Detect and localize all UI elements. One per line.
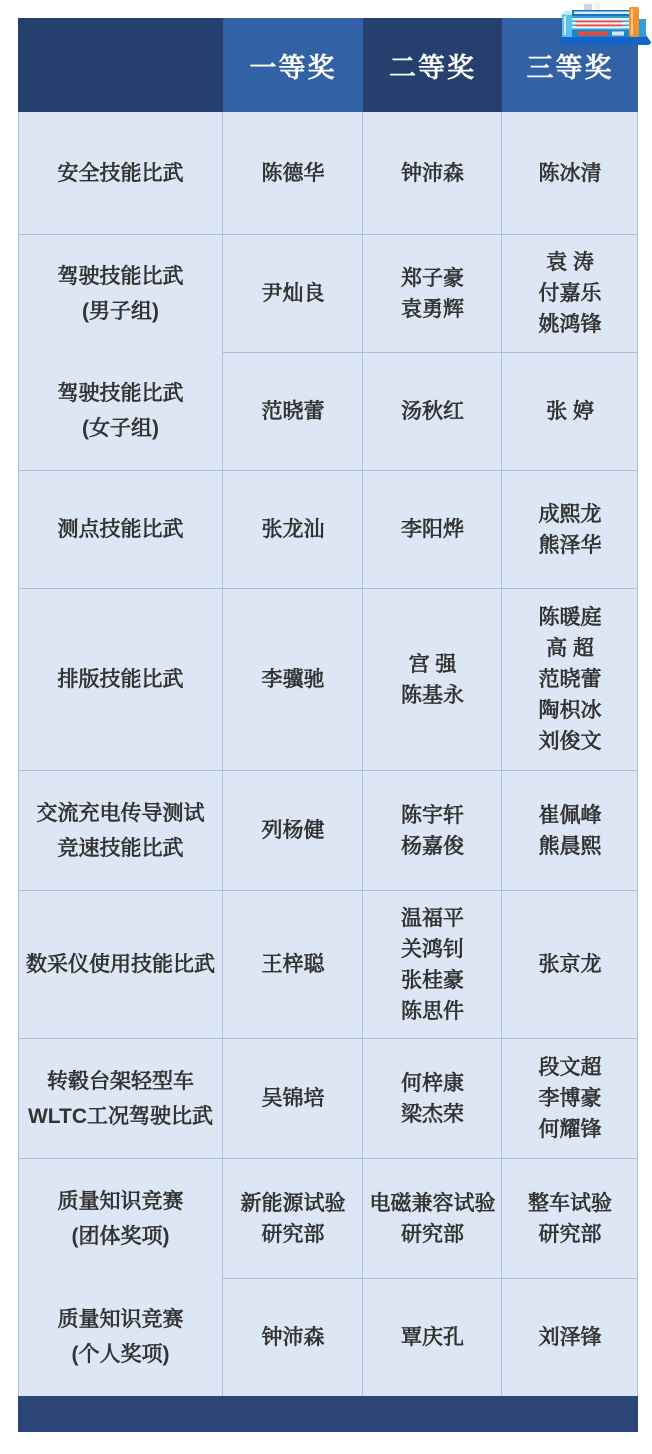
third-prize-cell: 整车试验研究部 [502,1158,638,1278]
table-row: 数采仪使用技能比武王梓聪温福平关鸿钊张桂豪陈思件张京龙 [18,890,638,1038]
name-line: 张桂豪 [401,965,464,996]
name-line: 研究部 [401,1219,464,1250]
name-line: 吴锦培 [262,1083,325,1114]
second-prize-cell: 电磁兼容试验研究部 [363,1158,502,1278]
table-body: 安全技能比武陈德华钟沛森陈冰清驾驶技能比武(男子组)尹灿良郑子豪袁勇辉袁 涛付嘉… [18,112,638,1396]
event-cell: 数采仪使用技能比武 [18,890,223,1038]
column-divider-line-3 [501,112,502,1396]
name-line: 杨嘉俊 [401,831,464,862]
event-line: 驾驶技能比武 [58,259,184,294]
second-prize-cell: 郑子豪袁勇辉 [363,234,502,352]
table-row: 驾驶技能比武(女子组)范晓蕾汤秋红张 婷 [18,352,638,470]
table-row: 安全技能比武陈德华钟沛森陈冰清 [18,112,638,234]
table-row: 排版技能比武李骥驰宫 强陈基永陈暖庭高 超范晓蕾陶枳冰刘俊文 [18,588,638,770]
name-line: 陈德华 [262,158,325,189]
second-prize-cell: 李阳烨 [363,470,502,588]
event-line: (男子组) [82,294,159,329]
event-cell: 质量知识竞赛(个人奖项) [18,1278,223,1396]
name-line: 王梓聪 [262,949,325,980]
event-line: 测点技能比武 [58,512,184,547]
event-cell: 排版技能比武 [18,588,223,770]
third-prize-cell: 崔佩峰熊晨熙 [502,770,638,890]
name-line: 研究部 [262,1219,325,1250]
third-prize-cell: 陈冰清 [502,112,638,234]
table-row: 测点技能比武张龙汕李阳烨成熙龙熊泽华 [18,470,638,588]
header-corner-cell [18,18,223,112]
name-line: 钟沛森 [262,1322,325,1353]
name-line: 宫 强 [409,649,457,680]
second-prize-cell: 温福平关鸿钊张桂豪陈思件 [363,890,502,1038]
event-cell: 质量知识竞赛(团体奖项) [18,1158,223,1278]
event-line: (女子组) [82,411,159,446]
name-line: 刘泽锋 [539,1322,602,1353]
event-line: WLTC工况驾驶比武 [28,1099,213,1134]
header-second-prize: 二等奖 [363,18,502,112]
first-prize-cell: 张龙汕 [223,470,363,588]
second-prize-cell: 钟沛森 [363,112,502,234]
name-line: 汤秋红 [401,396,464,427]
name-line: 列杨健 [262,815,325,846]
name-line: 张 婷 [546,396,594,427]
name-line: 段文超 [539,1052,602,1083]
table-right-edge-line [637,112,638,1396]
event-line: 数采仪使用技能比武 [26,947,215,982]
second-prize-cell: 汤秋红 [363,352,502,470]
name-line: 范晓蕾 [539,664,602,695]
footer-bar [18,1396,638,1432]
third-prize-cell: 刘泽锋 [502,1278,638,1396]
name-line: 高 超 [546,633,594,664]
table-row: 质量知识竞赛(团体奖项)新能源试验研究部电磁兼容试验研究部整车试验研究部 [18,1158,638,1278]
name-line: 陈冰清 [539,158,602,189]
name-line: 整车试验 [528,1188,612,1219]
name-line: 李骥驰 [262,664,325,695]
name-line: 钟沛森 [401,158,464,189]
name-line: 崔佩峰 [539,800,602,831]
name-line: 研究部 [539,1219,602,1250]
name-line: 关鸿钊 [401,934,464,965]
name-line: 刘俊文 [539,726,602,757]
name-line: 电磁兼容试验 [370,1188,496,1219]
second-prize-cell: 何梓康梁杰荣 [363,1038,502,1158]
event-cell: 转毂台架轻型车WLTC工况驾驶比武 [18,1038,223,1158]
event-line: 安全技能比武 [58,156,184,191]
event-cell: 驾驶技能比武(男子组) [18,234,223,352]
third-prize-cell: 成熙龙熊泽华 [502,470,638,588]
name-line: 陶枳冰 [539,695,602,726]
name-line: 姚鸿锋 [539,309,602,340]
third-prize-cell: 袁 涛付嘉乐姚鸿锋 [502,234,638,352]
name-line: 尹灿良 [262,278,325,309]
name-line: 陈宇轩 [401,800,464,831]
first-prize-cell: 列杨健 [223,770,363,890]
name-line: 覃庆孔 [401,1322,464,1353]
first-prize-cell: 吴锦培 [223,1038,363,1158]
name-line: 袁勇辉 [401,294,464,325]
column-divider-line-2 [362,112,363,1396]
event-cell: 驾驶技能比武(女子组) [18,352,223,470]
first-prize-cell: 钟沛森 [223,1278,363,1396]
first-prize-cell: 尹灿良 [223,234,363,352]
event-line: 排版技能比武 [58,662,184,697]
name-line: 梁杰荣 [401,1099,464,1130]
table-header-row: 一等奖 二等奖 三等奖 [18,18,638,112]
first-prize-cell: 李骥驰 [223,588,363,770]
building-logo-illustration [558,1,652,47]
name-line: 范晓蕾 [262,396,325,427]
awards-table: 一等奖 二等奖 三等奖 安全技能比武陈德华钟沛森陈冰清驾驶技能比武(男子组)尹灿… [18,18,638,1432]
table-row: 驾驶技能比武(男子组)尹灿良郑子豪袁勇辉袁 涛付嘉乐姚鸿锋 [18,234,638,352]
event-line: 驾驶技能比武 [58,376,184,411]
second-prize-cell: 宫 强陈基永 [363,588,502,770]
third-prize-cell: 陈暖庭高 超范晓蕾陶枳冰刘俊文 [502,588,638,770]
award-results-page: 一等奖 二等奖 三等奖 安全技能比武陈德华钟沛森陈冰清驾驶技能比武(男子组)尹灿… [0,0,652,1454]
name-line: 温福平 [401,903,464,934]
name-line: 张京龙 [539,949,602,980]
first-prize-cell: 范晓蕾 [223,352,363,470]
column-divider-line-1 [222,112,223,1396]
name-line: 何耀锋 [539,1114,602,1145]
event-line: 质量知识竞赛 [58,1302,184,1337]
event-cell: 交流充电传导测试竞速技能比武 [18,770,223,890]
name-line: 熊泽华 [539,530,602,561]
event-line: (个人奖项) [72,1337,170,1372]
table-row: 交流充电传导测试竞速技能比武列杨健陈宇轩杨嘉俊崔佩峰熊晨熙 [18,770,638,890]
first-prize-cell: 陈德华 [223,112,363,234]
table-left-edge-line [18,112,19,1396]
first-prize-cell: 王梓聪 [223,890,363,1038]
name-line: 何梓康 [401,1068,464,1099]
table-row: 转毂台架轻型车WLTC工况驾驶比武吴锦培何梓康梁杰荣段文超李博豪何耀锋 [18,1038,638,1158]
table-row: 质量知识竞赛(个人奖项)钟沛森覃庆孔刘泽锋 [18,1278,638,1396]
first-prize-cell: 新能源试验研究部 [223,1158,363,1278]
third-prize-cell: 段文超李博豪何耀锋 [502,1038,638,1158]
name-line: 熊晨熙 [539,831,602,862]
building-icon [558,1,652,47]
event-line: 转毂台架轻型车 [47,1064,194,1099]
name-line: 成熙龙 [539,499,602,530]
name-line: 袁 涛 [546,247,594,278]
name-line: 张龙汕 [262,514,325,545]
event-line: 竞速技能比武 [58,831,184,866]
header-first-prize: 一等奖 [223,18,363,112]
third-prize-cell: 张京龙 [502,890,638,1038]
third-prize-cell: 张 婷 [502,352,638,470]
name-line: 李博豪 [539,1083,602,1114]
event-line: 质量知识竞赛 [58,1184,184,1219]
name-line: 新能源试验 [241,1188,346,1219]
event-cell: 安全技能比武 [18,112,223,234]
name-line: 付嘉乐 [539,278,602,309]
event-line: (团体奖项) [72,1219,170,1254]
name-line: 陈基永 [401,680,464,711]
name-line: 李阳烨 [401,514,464,545]
event-line: 交流充电传导测试 [37,796,205,831]
name-line: 陈暖庭 [539,602,602,633]
name-line: 郑子豪 [401,263,464,294]
second-prize-cell: 陈宇轩杨嘉俊 [363,770,502,890]
second-prize-cell: 覃庆孔 [363,1278,502,1396]
event-cell: 测点技能比武 [18,470,223,588]
name-line: 陈思件 [401,996,464,1027]
